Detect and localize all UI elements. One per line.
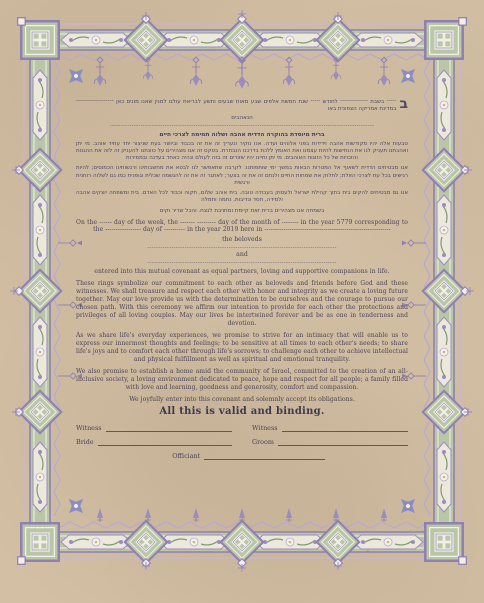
witness-left-label: Witness bbox=[76, 424, 102, 432]
beloveds-label: the beloveds bbox=[76, 236, 408, 243]
groom-signature-line bbox=[278, 438, 408, 446]
witness-row: Witness Witness bbox=[76, 424, 408, 432]
hebrew-paragraph-3: אנו גם מבטיחים להקים בית בתוך קהילת ישרא… bbox=[76, 190, 408, 205]
paragraph-rings: These rings symbolize our commitment to … bbox=[76, 280, 408, 328]
hebrew-paragraph-1: טבעות אלה יהיו מקודשות אהבה וידידות בפני… bbox=[76, 141, 408, 163]
hebrew-beloveds-word: הנאהבים bbox=[76, 115, 408, 121]
covenant-intro: entered into this mutual covenant as equ… bbox=[76, 268, 408, 276]
hebrew-initial-letter: ב bbox=[399, 99, 408, 111]
witness-right-field: Witness bbox=[252, 424, 408, 432]
officiant-field: Officiant bbox=[172, 452, 325, 460]
hebrew-paragraph-2: אנו מבטיחים הדדית לשאוף אל המטרות הבאות … bbox=[76, 165, 408, 187]
paragraph-intimacy: As we share life's everyday experiences,… bbox=[76, 332, 408, 364]
name-blank-line-2: ----------------------------------------… bbox=[76, 260, 408, 266]
hebrew-closing-line: בשמחה אנו מצהירים ברית זאת קיימת ומחויבת… bbox=[76, 208, 408, 214]
witness-right-signature-line bbox=[282, 424, 408, 432]
groom-label: Groom bbox=[252, 438, 274, 446]
witness-left-signature-line bbox=[106, 424, 232, 432]
bride-signature-line bbox=[98, 438, 232, 446]
divider-dashes: ----------------------------------------… bbox=[76, 123, 408, 129]
english-date-block: On the ------ day of the week, the -----… bbox=[76, 219, 408, 235]
hebrew-opening: ב ־־־־־ בשבת ־־־־־־־־־־־־־־ לחודש ־־־־־ … bbox=[76, 99, 408, 114]
ketubah-text: ב ־־־־־ בשבת ־־־־־־־־־־־־־־ לחודש ־־־־־ … bbox=[76, 99, 408, 460]
binding-declaration: All this is valid and binding. bbox=[76, 406, 408, 417]
and-label: and bbox=[76, 251, 408, 258]
bride-label: Bride bbox=[76, 438, 94, 446]
acceptance-line: We joyfully enter into this covenant and… bbox=[76, 396, 408, 403]
hebrew-covenant-heading: ברית מיוסדת בהוקרה הדדית אהבה ושלוה תמימ… bbox=[76, 132, 408, 138]
dart-ornaments bbox=[97, 508, 387, 522]
witness-left-field: Witness bbox=[76, 424, 232, 432]
artist-signature: · ·· ··· © bbox=[350, 549, 370, 554]
officiant-signature-line bbox=[204, 452, 325, 460]
paragraph-home: We also promise to establish a home amid… bbox=[76, 368, 408, 392]
signature-block: Witness Witness Bride Groom bbox=[76, 424, 408, 460]
ketubah-document: ב ־־־־־ בשבת ־־־־־־־־־־־־־־ לחודש ־־־־־ … bbox=[0, 0, 484, 603]
zigzag-bottom bbox=[58, 522, 442, 528]
witness-right-label: Witness bbox=[252, 424, 278, 432]
officiant-row: Officiant bbox=[172, 452, 325, 460]
bride-field: Bride bbox=[76, 438, 232, 446]
hebrew-opening-text: ־־־־־ בשבת ־־־־־־־־־־־־־־ לחודש ־־־־־ שנ… bbox=[76, 99, 396, 112]
officiant-label: Officiant bbox=[172, 452, 200, 460]
groom-field: Groom bbox=[252, 438, 408, 446]
couple-row: Bride Groom bbox=[76, 438, 408, 446]
